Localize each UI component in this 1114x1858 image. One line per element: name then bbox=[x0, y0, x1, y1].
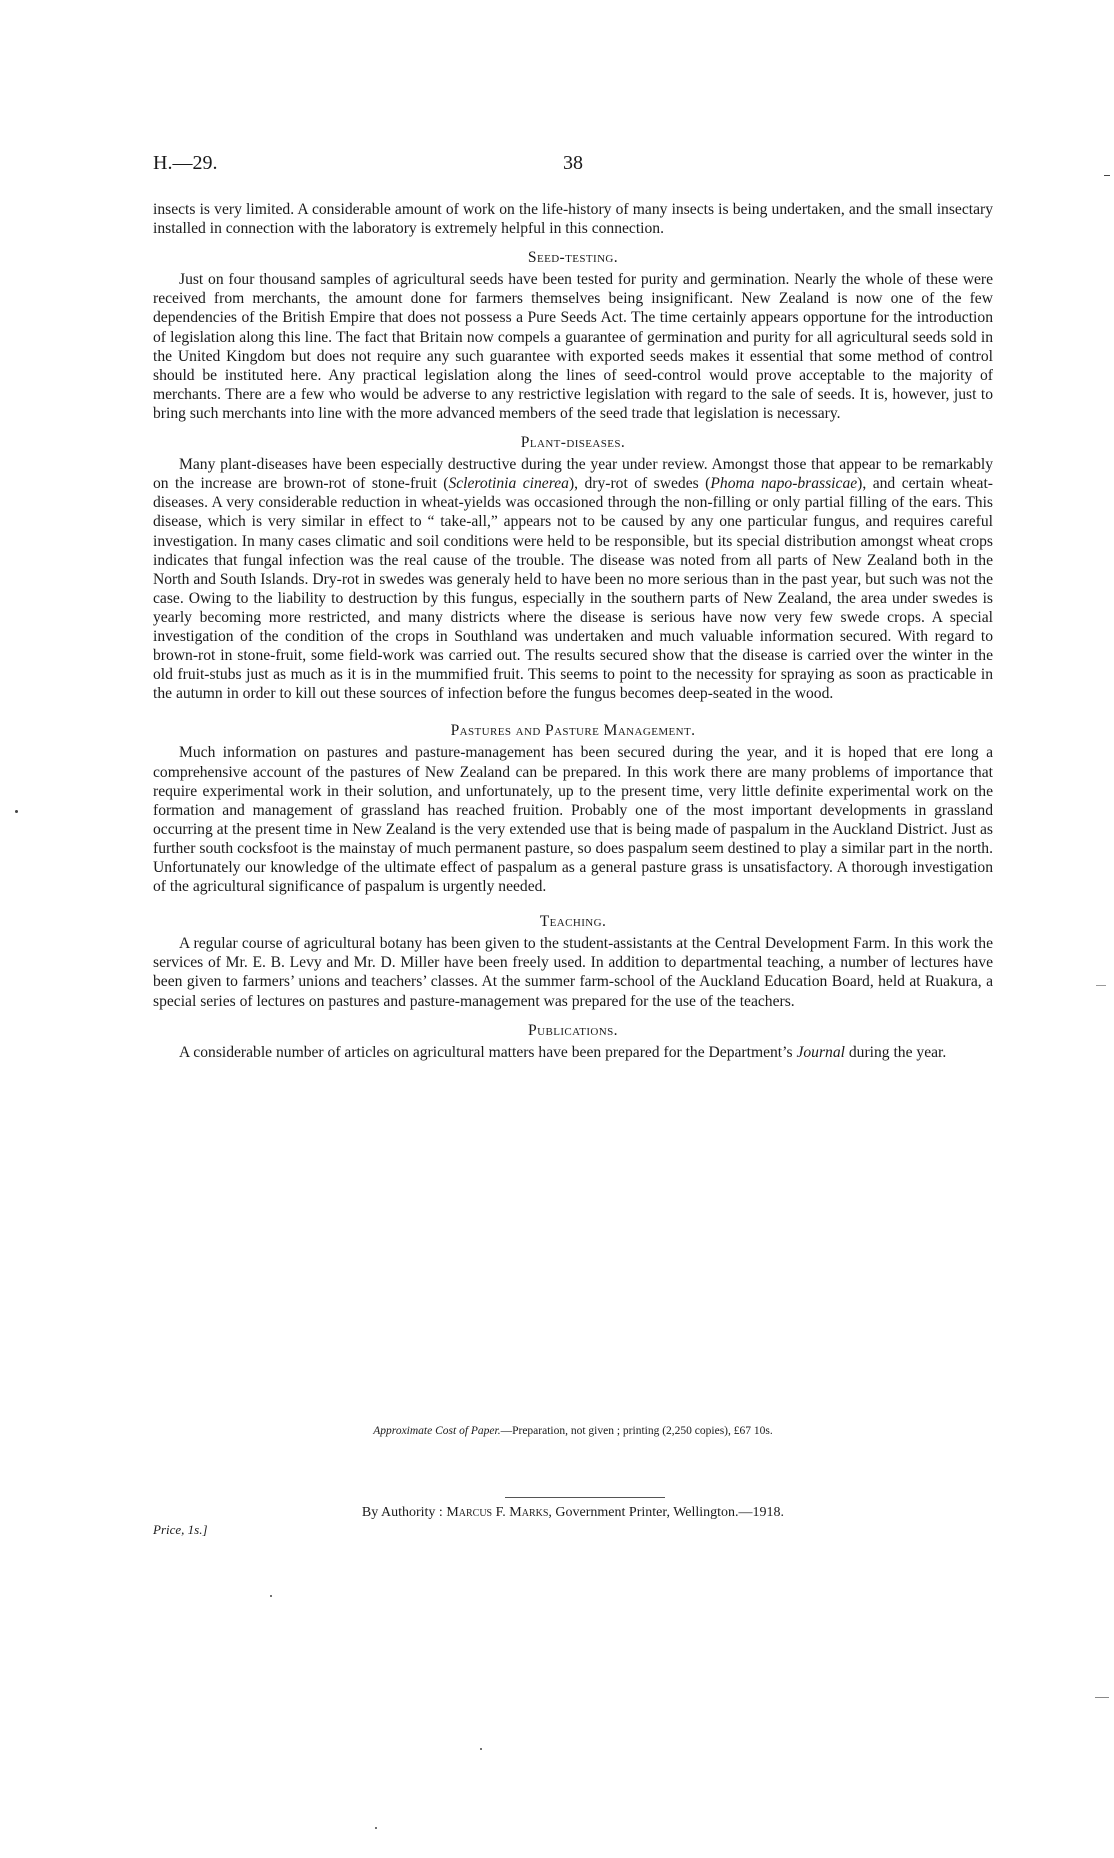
heading-seed-testing: Seed-testing. bbox=[153, 248, 993, 267]
scan-speck bbox=[1104, 175, 1110, 176]
paragraph-continuation: insects is very limited. A considerable … bbox=[153, 200, 993, 238]
heading-plant-diseases: Plant-diseases. bbox=[153, 433, 993, 452]
cost-label: Approximate Cost of Paper. bbox=[373, 1425, 500, 1437]
paragraph-pastures: Much information on pastures and pasture… bbox=[153, 743, 993, 896]
scan-speck bbox=[15, 810, 18, 813]
cost-text: —Preparation, not given ; printing (2,25… bbox=[501, 1425, 773, 1437]
paragraph-publications: A considerable number of articles on agr… bbox=[153, 1043, 993, 1062]
text-run: during the year. bbox=[845, 1044, 946, 1061]
document-body: insects is very limited. A considerable … bbox=[153, 200, 993, 1062]
page-header: H.—29. 38 bbox=[153, 152, 993, 178]
text-run: ), dry-rot of swedes ( bbox=[569, 475, 710, 492]
page-number: 38 bbox=[153, 152, 993, 175]
authority-suffix: , Government Printer, Wellington.—1918. bbox=[548, 1505, 784, 1520]
species-name: Sclerotinia cinerea bbox=[448, 475, 568, 492]
scan-speck bbox=[1096, 985, 1106, 986]
heading-pastures: Pastures and Pasture Management. bbox=[153, 721, 993, 740]
printer-name: Marcus F. Marks bbox=[446, 1505, 548, 1520]
price-note: Price, 1s.] bbox=[153, 1522, 208, 1538]
authority-prefix: By Authority : bbox=[362, 1505, 446, 1520]
heading-teaching: Teaching. bbox=[153, 912, 993, 931]
cost-of-paper-note: Approximate Cost of Paper.—Preparation, … bbox=[153, 1425, 993, 1437]
text-run: A considerable number of articles on agr… bbox=[179, 1044, 796, 1061]
paragraph-seed-testing: Just on four thousand samples of agricul… bbox=[153, 270, 993, 423]
printer-authority: By Authority : Marcus F. Marks, Governme… bbox=[153, 1505, 993, 1521]
paragraph-teaching: A regular course of agricultural botany … bbox=[153, 934, 993, 1010]
species-name: Phoma napo-brassicae bbox=[710, 475, 857, 492]
journal-title: Journal bbox=[796, 1044, 845, 1061]
scan-speck bbox=[480, 1748, 482, 1750]
scan-speck bbox=[375, 1827, 377, 1829]
paragraph-plant-diseases: Many plant-diseases have been especially… bbox=[153, 455, 993, 703]
scan-speck bbox=[270, 1595, 272, 1597]
heading-publications: Publications. bbox=[153, 1021, 993, 1040]
footer-divider bbox=[505, 1497, 665, 1498]
scan-speck bbox=[1095, 1697, 1109, 1698]
text-run: ), and certain wheat-diseases. A very co… bbox=[153, 475, 993, 702]
